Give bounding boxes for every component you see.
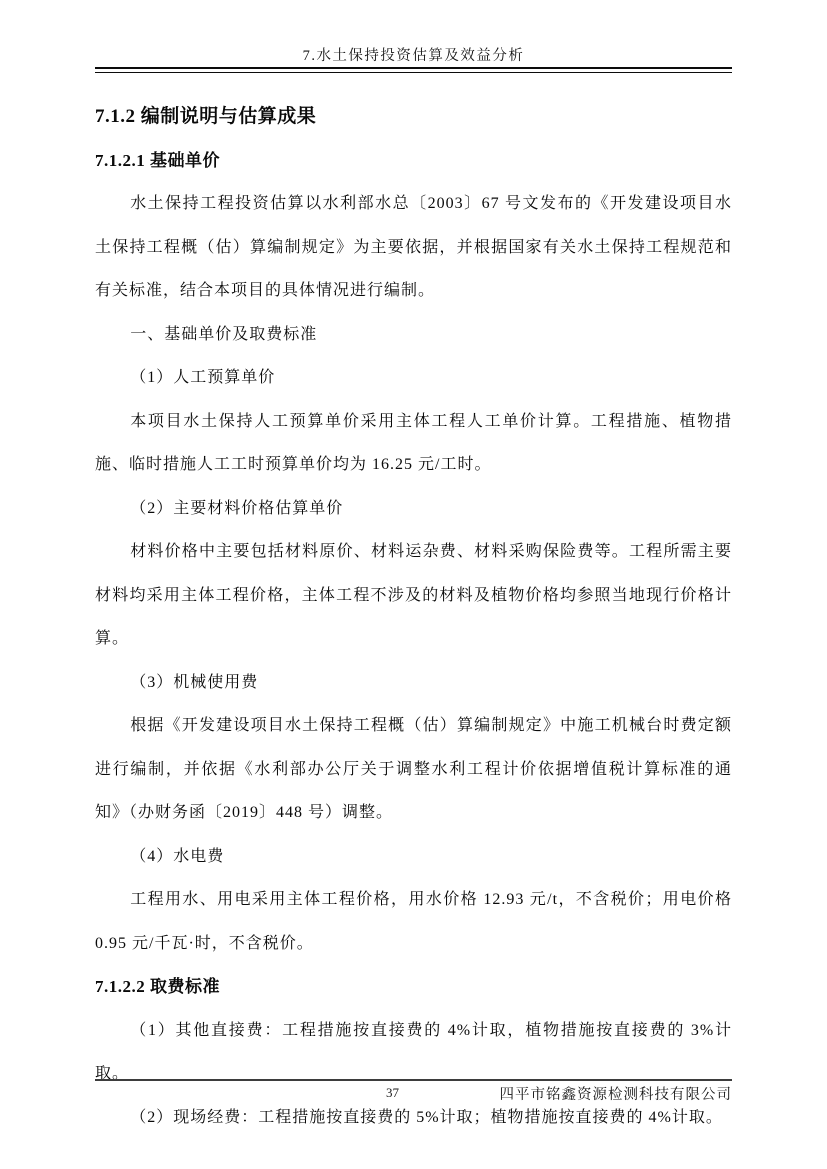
para-item-material-title: （2）主要材料价格估算单价 (95, 487, 732, 531)
para-item-labor-title: （1）人工预算单价 (95, 356, 732, 400)
heading-7-1-2-2: 7.1.2.2 取费标准 (95, 965, 732, 1009)
para-machine-fee: 根据《开发建设项目水土保持工程概（估）算编制规定》中施工机械台时费定额进行编制，… (95, 704, 732, 835)
document-body: 7.1.2 编制说明与估算成果 7.1.2.1 基础单价 水土保持工程投资估算以… (95, 95, 732, 1139)
para-utility-price: 工程用水、用电采用主体工程价格，用水价格 12.93 元/t，不含税价；用电价格… (95, 878, 732, 965)
para-item-base-price: 一、基础单价及取费标准 (95, 313, 732, 357)
heading-7-1-2: 7.1.2 编制说明与估算成果 (95, 95, 732, 139)
para-estimate-basis: 水土保持工程投资估算以水利部水总〔2003〕67 号文发布的《开发建设项目水土保… (95, 182, 732, 313)
heading-7-1-2-1: 7.1.2.1 基础单价 (95, 139, 732, 183)
footer-page-number: 37 (386, 1085, 399, 1101)
para-material-price: 材料价格中主要包括材料原价、材料运杂费、材料采购保险费等。工程所需主要材料均采用… (95, 530, 732, 661)
footer-rule (95, 1079, 732, 1081)
header-rule (95, 67, 732, 73)
footer-company-name: 四平市铭鑫资源检测科技有限公司 (500, 1083, 733, 1104)
para-labor-price: 本项目水土保持人工预算单价采用主体工程人工单价计算。工程措施、植物措施、临时措施… (95, 400, 732, 487)
para-item-machine-title: （3）机械使用费 (95, 661, 732, 705)
para-item-utility-title: （4）水电费 (95, 835, 732, 879)
document-page: 7.水土保持投资估算及效益分析 7.1.2 编制说明与估算成果 7.1.2.1 … (0, 0, 827, 1169)
header-title: 7.水土保持投资估算及效益分析 (95, 44, 732, 65)
